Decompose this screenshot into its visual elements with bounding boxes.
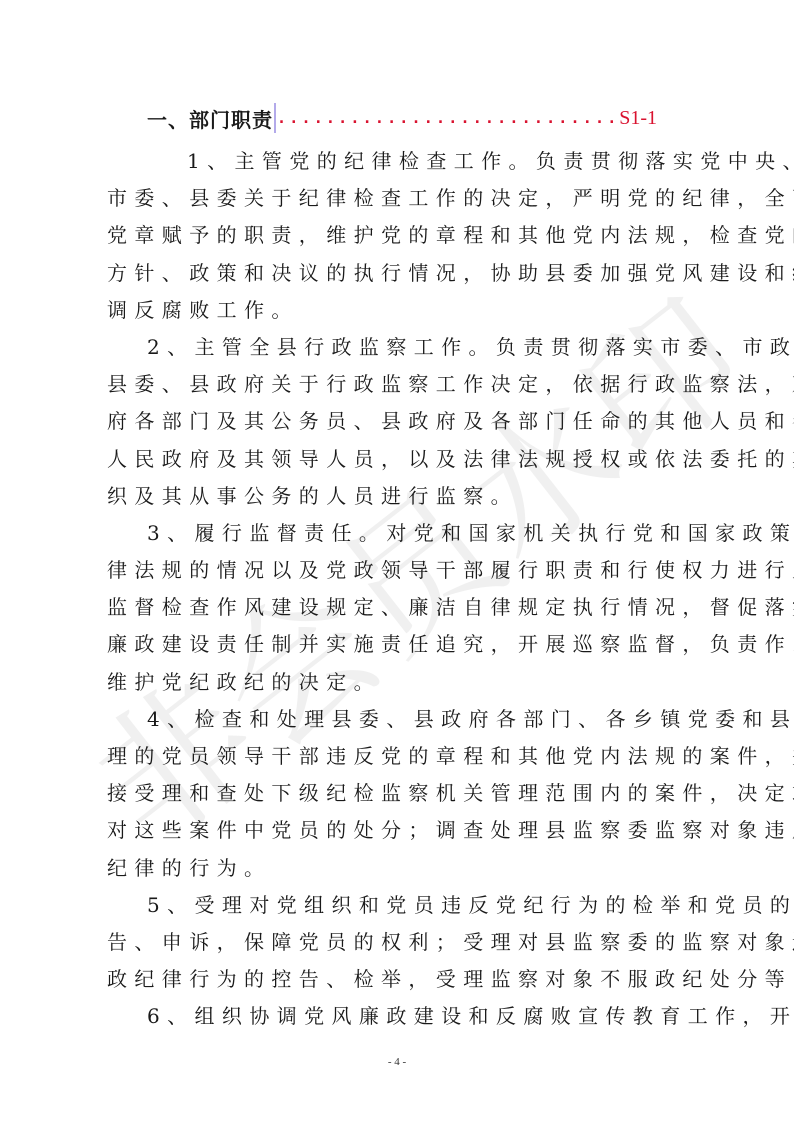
toc-entry-department-duties[interactable]: 一、部门职责 ................................ … [147, 102, 657, 134]
paragraph-line: 织及其从事公务的人员进行监察。 [107, 478, 699, 515]
paragraph-line: 律法规的情况以及党政领导干部履行职责和行使权力进行监督， [107, 552, 699, 589]
paragraph-line: 5、受理对党组织和党员违反党纪行为的检举和党员的控 [107, 887, 699, 924]
paragraph-line: 党章赋予的职责，维护党的章程和其他党内法规，检查党的路线、 [107, 217, 699, 254]
paragraph-line: 人民政府及其领导人员，以及法律法规授权或依法委托的其他组 [107, 441, 699, 478]
paragraph-3: 3、履行监督责任。对党和国家机关执行党和国家政策、法 律法规的情况以及党政领导干… [107, 515, 699, 701]
paragraph-line: 市委、县委关于纪律检查工作的决定，严明党的纪律，全面履行 [107, 180, 699, 217]
paragraph-5: 5、受理对党组织和党员违反党纪行为的检举和党员的控 告、申诉，保障党员的权利；受… [107, 887, 699, 999]
paragraph-line: 监督检查作风建设规定、廉洁自律规定执行情况，督促落实党风 [107, 589, 699, 626]
paragraph-line: 接受理和查处下级纪检监察机关管理范围内的案件，决定或取消 [107, 775, 699, 812]
paragraph-line: 告、申诉，保障党员的权利；受理对县监察委的监察对象违反行 [107, 924, 699, 961]
paragraph-line: 理的党员领导干部违反党的章程和其他党内法规的案件，并可直 [107, 738, 699, 775]
paragraph-line: 2、主管全县行政监察工作。负责贯彻落实市委、市政府， [107, 329, 699, 366]
paragraph-line: 对这些案件中党员的处分；调查处理县监察委监察对象违反行政 [107, 812, 699, 849]
paragraph-line: 1、主管党的纪律检查工作。负责贯彻落实党中央、省委、 [107, 143, 699, 180]
paragraph-line: 府各部门及其公务员、县政府及各部门任命的其他人员和各乡镇 [107, 403, 699, 440]
paragraph-line: 县委、县政府关于行政监察工作决定，依据行政监察法，对县政 [107, 366, 699, 403]
paragraph-line: 廉政建设责任制并实施责任追究，开展巡察监督，负责作出关于 [107, 626, 699, 663]
page-number: - 4 - [0, 1056, 794, 1068]
paragraph-line: 维护党纪政纪的决定。 [107, 664, 699, 701]
paragraph-line: 政纪律行为的控告、检举，受理监察对象不服政纪处分等申诉。 [107, 961, 699, 998]
toc-entry-title: 一、部门职责 [147, 104, 273, 133]
toc-page-reference[interactable]: S1-1 [619, 107, 657, 130]
toc-leader-dots: ................................ [277, 103, 617, 133]
paragraph-1: 1、主管党的纪律检查工作。负责贯彻落实党中央、省委、 市委、县委关于纪律检查工作… [107, 143, 699, 329]
paragraph-line: 方针、政策和决议的执行情况，协助县委加强党风建设和组织协 [107, 255, 699, 292]
document-page: 非会员水印 一、部门职责 ...........................… [0, 0, 794, 1123]
paragraph-line: 3、履行监督责任。对党和国家机关执行党和国家政策、法 [107, 515, 699, 552]
paragraph-line: 6、组织协调党风廉政建设和反腐败宣传教育工作，开展对 [107, 998, 699, 1035]
paragraph-2: 2、主管全县行政监察工作。负责贯彻落实市委、市政府， 县委、县政府关于行政监察工… [107, 329, 699, 515]
text-cursor [274, 103, 276, 133]
body-text: 1、主管党的纪律检查工作。负责贯彻落实党中央、省委、 市委、县委关于纪律检查工作… [107, 143, 699, 1036]
paragraph-6: 6、组织协调党风廉政建设和反腐败宣传教育工作，开展对 [107, 998, 699, 1035]
paragraph-line: 4、检查和处理县委、县政府各部门、各乡镇党委和县委管 [107, 701, 699, 738]
paragraph-line: 纪律的行为。 [107, 850, 699, 887]
paragraph-4: 4、检查和处理县委、县政府各部门、各乡镇党委和县委管 理的党员领导干部违反党的章… [107, 701, 699, 887]
paragraph-line: 调反腐败工作。 [107, 292, 699, 329]
